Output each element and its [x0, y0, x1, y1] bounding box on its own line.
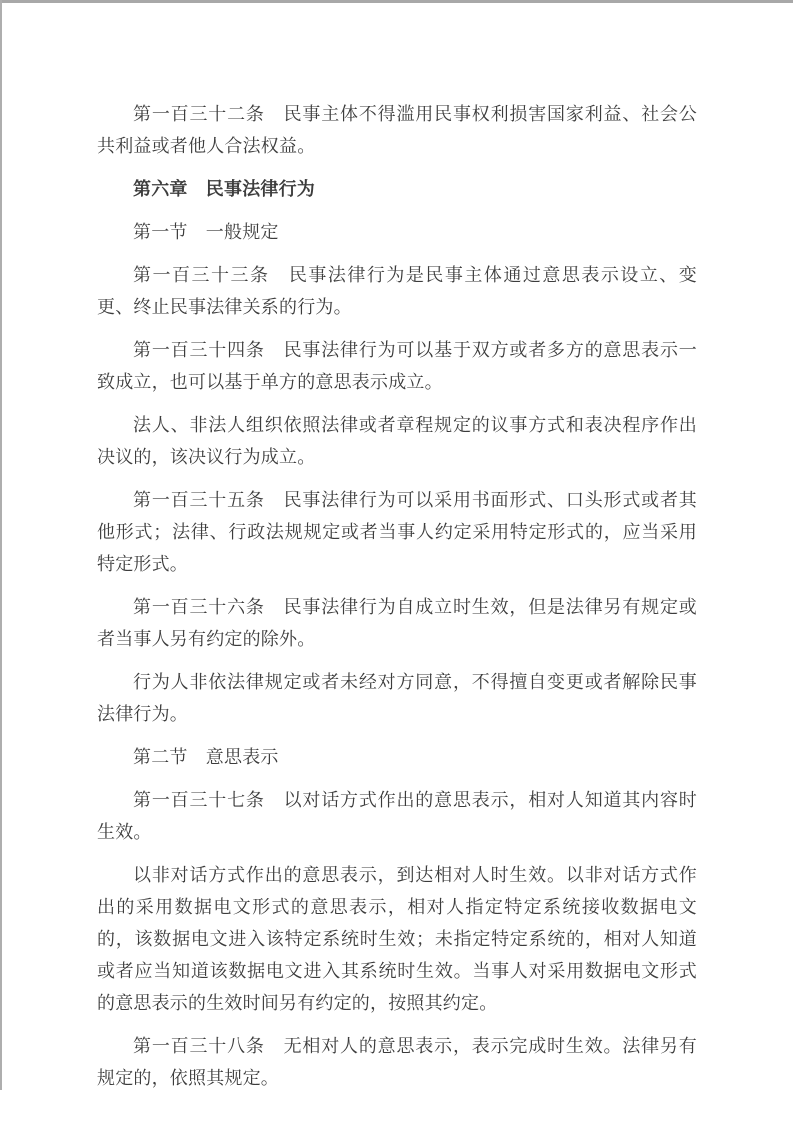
article-134-paragraph-2: 法人、非法人组织依照法律或者章程规定的议事方式和表决程序作出决议的，该决议行为成…	[97, 409, 697, 473]
article-137-paragraph-1: 第一百三十七条 以对话方式作出的意思表示，相对人知道其内容时生效。	[97, 784, 697, 848]
article-135-paragraph: 第一百三十五条 民事法律行为可以采用书面形式、口头形式或者其他形式；法律、行政法…	[97, 484, 697, 580]
page-left-edge	[0, 0, 2, 1090]
article-136-paragraph-2: 行为人非依法律规定或者未经对方同意，不得擅自变更或者解除民事法律行为。	[97, 666, 697, 730]
article-133-paragraph: 第一百三十三条 民事法律行为是民事主体通过意思表示设立、变更、终止民事法律关系的…	[97, 259, 697, 323]
article-136-paragraph-1: 第一百三十六条 民事法律行为自成立时生效，但是法律另有规定或者当事人另有约定的除…	[97, 591, 697, 655]
article-137-paragraph-2: 以非对话方式作出的意思表示，到达相对人时生效。以非对话方式作出的采用数据电文形式…	[97, 859, 697, 1019]
article-132-paragraph: 第一百三十二条 民事主体不得滥用民事权利损害国家利益、社会公共利益或者他人合法权…	[97, 98, 697, 162]
document-page: 第一百三十二条 民事主体不得滥用民事权利损害国家利益、社会公共利益或者他人合法权…	[97, 98, 697, 1105]
section-1-heading: 第一节 一般规定	[97, 216, 697, 248]
article-138-paragraph: 第一百三十八条 无相对人的意思表示，表示完成时生效。法律另有规定的，依照其规定。	[97, 1030, 697, 1094]
section-2-heading: 第二节 意思表示	[97, 741, 697, 773]
page-top-edge	[0, 0, 793, 3]
article-134-paragraph-1: 第一百三十四条 民事法律行为可以基于双方或者多方的意思表示一致成立，也可以基于单…	[97, 334, 697, 398]
chapter-6-heading: 第六章 民事法律行为	[97, 173, 697, 205]
